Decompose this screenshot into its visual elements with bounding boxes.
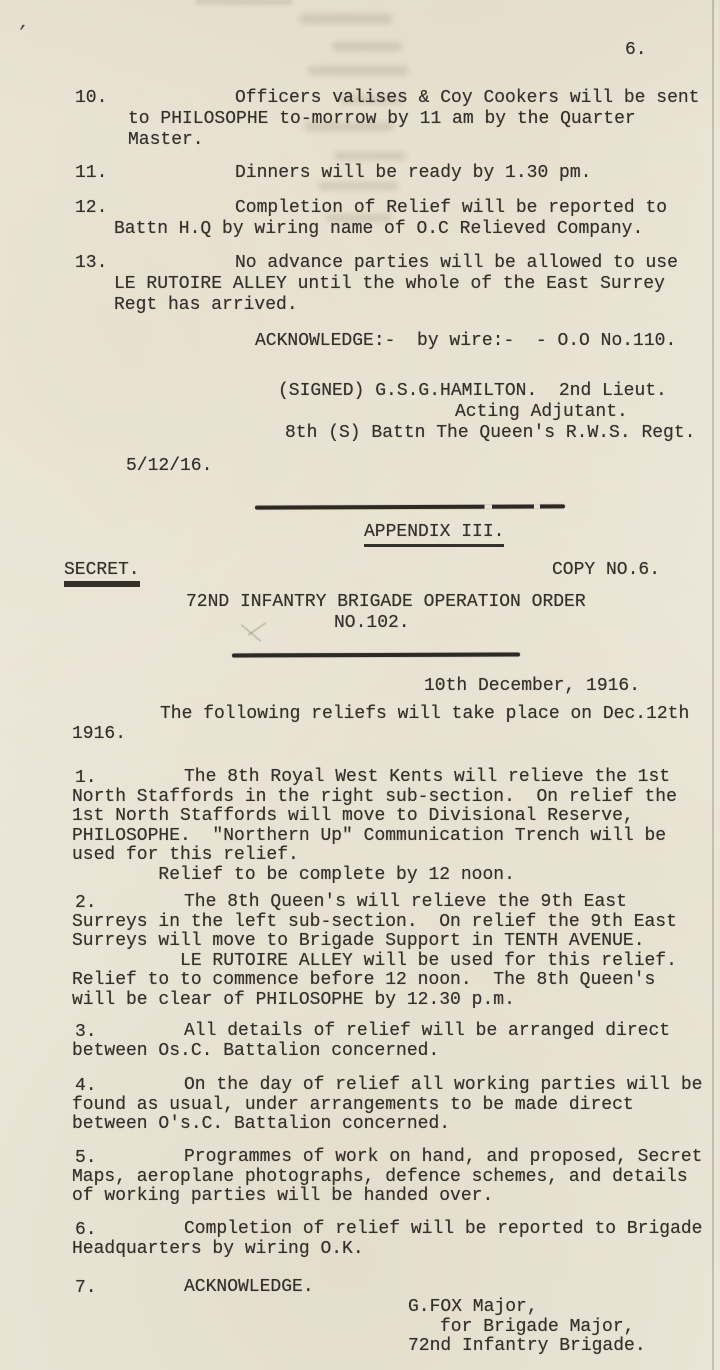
order-item-7: 7. ACKNOWLEDGE. [0,1278,720,1298]
document-page: ’ 6. 10. Officers valises & Coy Cookers … [0,0,720,1370]
item-number: 5. [75,1148,97,1168]
item-number: 10. [75,88,107,108]
order-item-3: 3. All details of relief will be arrange… [0,1022,720,1061]
bleed-through-ghost [300,14,392,24]
signature-line-role: Acting Adjutant. [455,402,628,422]
item-text: Completion of Relief will be reported to… [114,198,708,240]
bleed-through-ghost [334,152,406,160]
order-item-1: 1. The 8th Royal West Kents will relieve… [0,768,720,885]
order-item-4: 4. On the day of relief all working part… [0,1076,720,1135]
acknowledge-line: ACKNOWLEDGE:- by wire:- - O.O No.110. [255,331,676,351]
order-item-5: 5. Programmes of work on hand, and propo… [0,1148,720,1207]
item-text: On the day of relief all working parties… [72,1076,712,1135]
top-edge-smudge [196,0,292,4]
item-number: 2. [75,893,97,913]
intro-paragraph: The following reliefs will take place on… [72,704,710,744]
signature-line-name: G.FOX Major, [408,1297,538,1317]
item-number: 11. [75,163,107,183]
item-number: 4. [75,1076,97,1096]
corner-mark: ’ [14,23,28,45]
item-number: 1. [75,768,97,788]
order-item-6: 6. Completion of relief will be reported… [0,1220,720,1259]
item-number: 12. [75,198,107,218]
item-text: No advance parties will be allowed to us… [114,253,708,316]
item-text: Officers valises & Coy Cookers will be s… [128,88,708,151]
order-item-12: 12. Completion of Relief will be reporte… [0,198,720,240]
bleed-through-ghost [308,66,408,75]
appendix-title-wrap: APPENDIX III. [364,522,504,547]
section-divider [255,504,565,509]
signature-line-role: for Brigade Major, [440,1317,634,1337]
item-text: ACKNOWLEDGE. [72,1278,712,1298]
order-date: 10th December, 1916. [424,676,640,696]
signature-line-unit: 8th (S) Battn The Queen's R.W.S. Regt. [285,423,695,443]
item-text: Completion of relief will be reported to… [72,1220,712,1259]
appendix-title: APPENDIX III. [364,522,504,547]
signature-line-unit: 72nd Infantry Brigade. [408,1336,646,1356]
operation-order-title: 72ND INFANTRY BRIGADE OPERATION ORDER [186,592,586,612]
bleed-through-ghost [332,42,402,51]
item-number: 6. [75,1220,97,1240]
item-text: The 8th Queen's will relieve the 9th Eas… [72,893,712,1010]
copy-number: COPY NO.6. [552,560,660,580]
order-item-13: 13. No advance parties will be allowed t… [0,253,720,316]
item-number: 3. [75,1022,97,1042]
order-item-2: 2. The 8th Queen's will relieve the 9th … [0,893,720,1010]
item-text: All details of relief will be arranged d… [72,1022,712,1061]
item-number: 7. [75,1278,97,1298]
item-text: The 8th Royal West Kents will relieve th… [72,768,712,885]
classification-wrap: SECRET. [64,560,140,583]
order-item-10: 10. Officers valises & Coy Cookers will … [0,88,720,151]
item-text: Dinners will be ready by 1.30 pm. [128,163,708,184]
operation-order-number: NO.102. [334,613,410,633]
page-number: 6. [625,40,647,60]
classification-label: SECRET. [64,560,140,583]
signature-line-signed: (SIGNED) G.S.G.HAMILTON. 2nd Lieut. [278,381,667,401]
date-note: 5/12/16. [126,456,212,476]
order-item-11: 11. Dinners will be ready by 1.30 pm. [0,163,720,184]
item-text: Programmes of work on hand, and proposed… [72,1148,712,1207]
section-divider [232,652,520,657]
pencil-scratch [247,622,266,636]
item-number: 13. [75,253,107,273]
